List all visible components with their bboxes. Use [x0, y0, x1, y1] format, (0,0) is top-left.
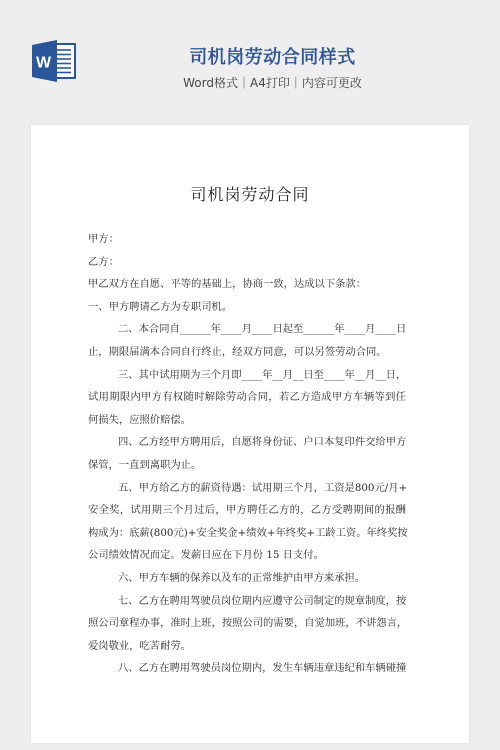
document-line: 试用期限内甲方有权随时解除劳动合同，若乙方造成甲方车辆等到任: [88, 386, 406, 409]
document-line: 止，期限届满本合同自行终止，经双方同意，可以另签劳动合同。: [88, 341, 406, 364]
document-line: 一、甲方聘请乙方为专职司机。: [88, 296, 406, 319]
document-line: 八、乙方在聘用驾驶员岗位期内，发生车辆违章违纪和车辆碰撞: [88, 657, 406, 680]
document-line: 安全奖，试用期三个月过后，甲方聘任乙方的，乙方受聘期间的报酬: [88, 499, 406, 522]
document-line: 保管，一直到离职为止。: [88, 454, 406, 477]
document-line: 二、本合同自______年____月____日起至______年____月___…: [88, 318, 406, 341]
document-line: 乙方：: [88, 251, 406, 274]
document-line: 五、甲方给乙方的薪资待遇：试用期三个月，工资是 800 元/月+: [88, 477, 406, 500]
document-line: 甲乙双方在自愿、平等的基础上，协商一致，达成以下条款：: [88, 273, 406, 296]
document-line: 公司绩效情况而定。发薪日应在下月份 15 日支付。: [88, 544, 406, 567]
banner-subtitle: Word格式｜A4打印｜内容可更改: [0, 75, 500, 91]
document-line: 七、乙方在聘用驾驶员岗位期内应遵守公司制定的规章制度，按: [88, 590, 406, 613]
header-banner: W 司机岗劳动合同样式 Word格式｜A4打印｜内容可更改: [0, 0, 500, 120]
document-line: 三、其中试用期为三个月即____年__月__日至____年__月__日，: [88, 364, 406, 387]
document-line: 甲方：: [88, 228, 406, 251]
document-line: 构成为：底薪(800 元)+安全奖金+绩效+年终奖+工龄工资。年终奖按: [88, 522, 406, 545]
document-line: 六、甲方车辆的保养以及车的正常维护由甲方来承担。: [88, 567, 406, 590]
document-line: 何损失，应照价赔偿。: [88, 409, 406, 432]
document-line: 爱岗敬业，吃苦耐劳。: [88, 635, 406, 658]
document-body: 甲方：乙方：甲乙双方在自愿、平等的基础上，协商一致，达成以下条款：一、甲方聘请乙…: [88, 228, 406, 680]
document-title: 司机岗劳动合同: [31, 184, 469, 206]
document-line: 四、乙方经甲方聘用后，自愿将身份证、户口本复印件交给甲方: [88, 431, 406, 454]
document-line: 照公司章程办事，准时上班，按照公司的需要，自觉加班，不讲怨言，: [88, 612, 406, 635]
document-page: 司机岗劳动合同 甲方：乙方：甲乙双方在自愿、平等的基础上，协商一致，达成以下条款…: [31, 125, 469, 743]
banner-title: 司机岗劳动合同样式: [0, 47, 500, 69]
